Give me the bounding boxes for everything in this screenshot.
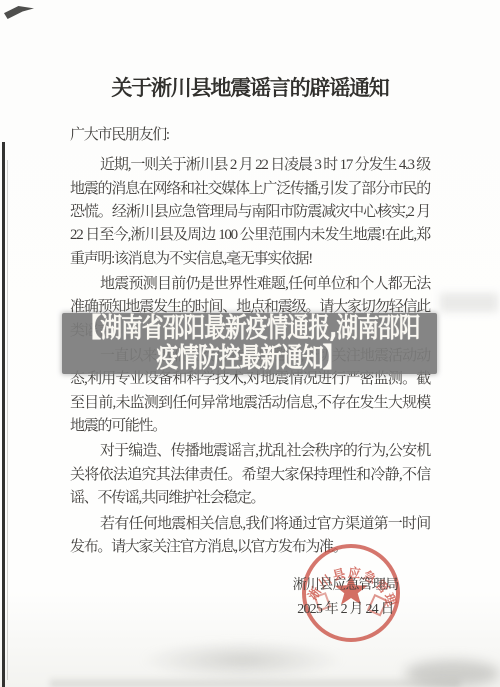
paper-shadow [50,676,460,687]
paragraph: 近期,一则关于淅川县 2 月 22 日凌晨 3 时 17 分发生 4.3 级地震… [70,154,430,271]
page-title: 关于淅川县地震谣言的辟谣通知 [0,72,500,102]
scan-artifact-left-edge-line [2,142,5,687]
scan-artifact-left-edge-line-faint [7,160,8,680]
watermark-overlay-line1: 【湖南省邵阳最新疫情通报,湖南邵阳 [79,314,419,344]
scan-artifact-corner-mark [4,6,34,19]
salutation: 广大市民朋友们: [70,124,430,147]
paper-shadow [140,640,345,680]
paragraph: 对于编造、传播地震谣言,扰乱社会秩序的行为,公安机关将依法追究其法律责任。希望大… [70,440,430,510]
watermark-overlay-line2: 疫情防控最新通知】 [156,344,343,374]
signature-block: 淅川县应急管理局 2025 年 2 月 24 日 [268,574,423,622]
paper-shadow [440,293,498,312]
date: 2025 年 2 月 24 日 [268,598,423,622]
signature: 淅川县应急管理局 [268,574,423,598]
watermark-overlay: 【湖南省邵阳最新疫情通报,湖南邵阳 疫情防控最新通知】 [62,313,437,374]
document-page: 关于淅川县地震谣言的辟谣通知 广大市民朋友们: 近期,一则关于淅川县 2 月 2… [0,0,500,687]
